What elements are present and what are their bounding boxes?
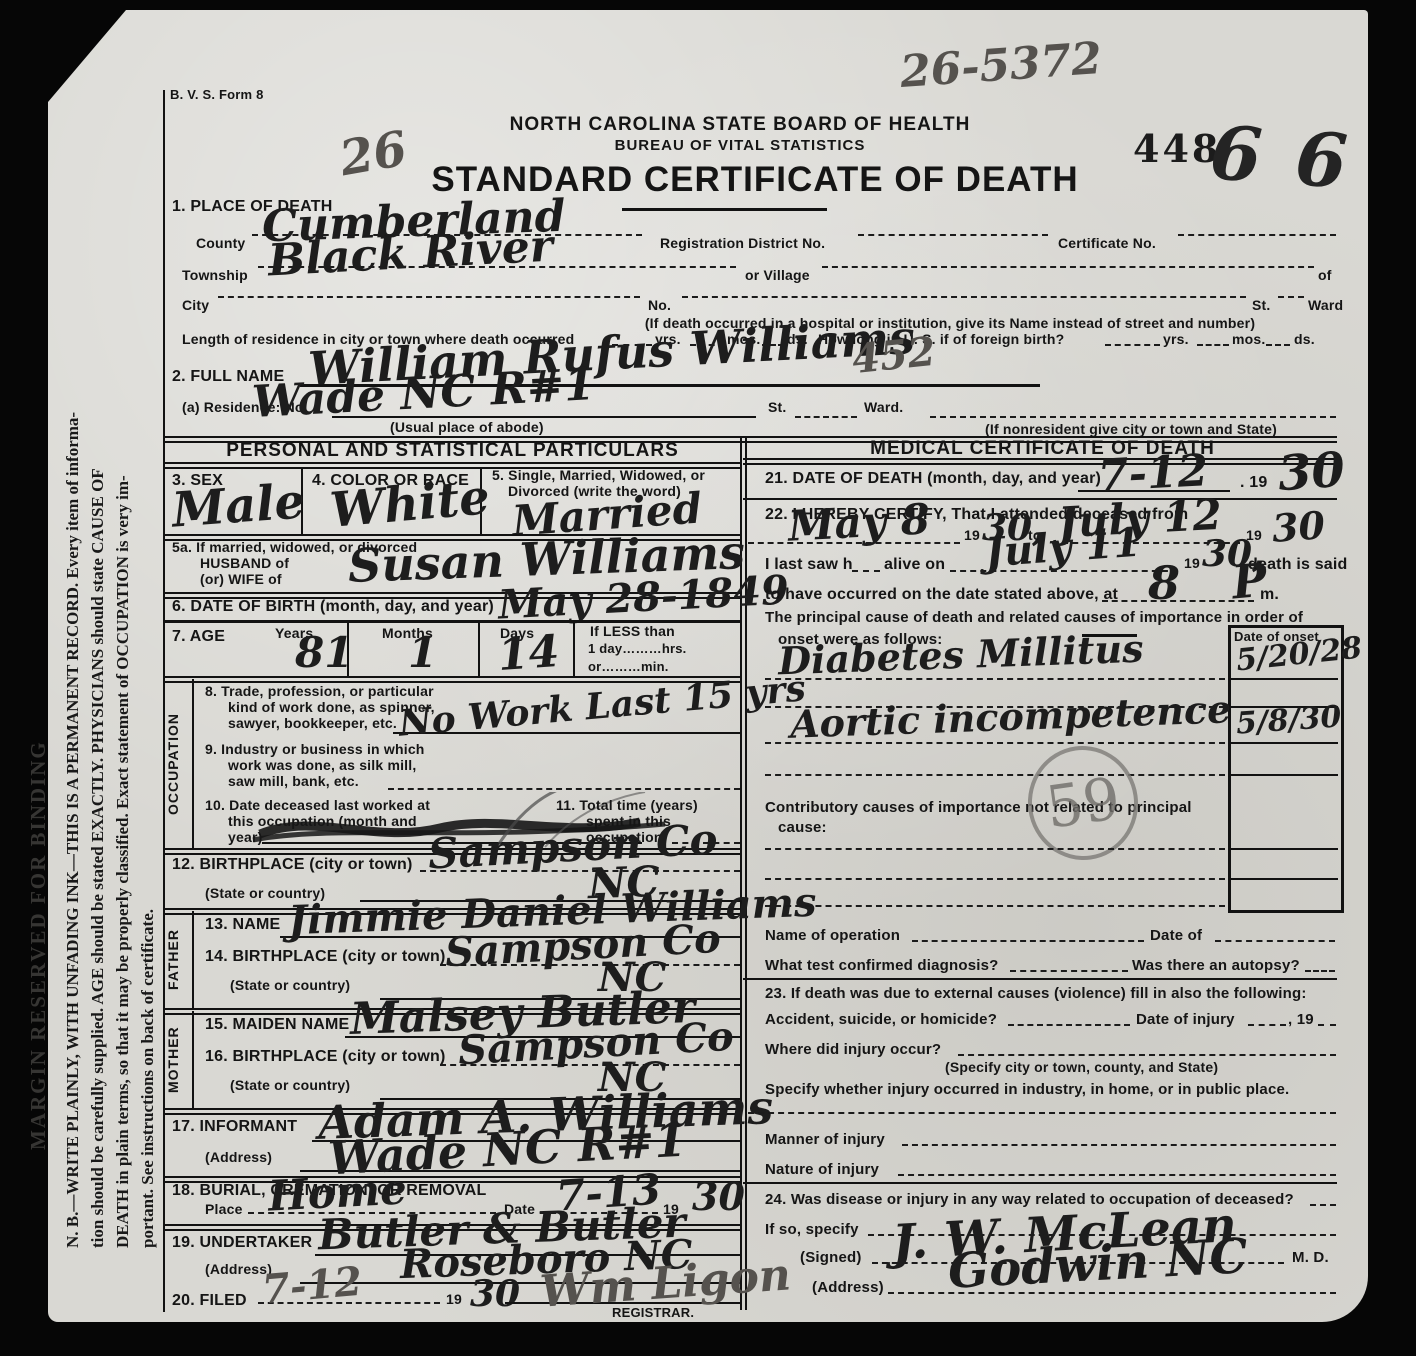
district-line [858, 234, 1048, 236]
certificate-no-line [1178, 234, 1336, 236]
residence-st-label: St. [768, 400, 787, 416]
city-ward-label: Ward [1308, 298, 1343, 314]
lastsaw-value: July 11 [984, 523, 1142, 574]
occupation-side-label: OCCUPATION [165, 680, 189, 848]
spouse-label-3: (or) WIFE of [200, 572, 282, 588]
registrar-label: REGISTRAR. [612, 1306, 694, 1321]
attended-from-value: May 8 [787, 498, 931, 547]
principal-label-1: The principal cause of death and related… [765, 610, 1303, 627]
years-value: 81 [295, 632, 353, 674]
signed-label: (Signed) [800, 1250, 862, 1267]
section-23-rule [743, 978, 1337, 980]
hour-value: 8 [1148, 560, 1180, 606]
cause-blank-line-1 [765, 774, 1225, 776]
city-label: City [182, 298, 209, 314]
certificate-number-pen: 66 [1208, 116, 1384, 202]
form-number: B. V. S. Form 8 [170, 88, 264, 103]
specify-industry-label: Specify whether injury occurred in indus… [765, 1082, 1289, 1099]
industry-line [388, 788, 740, 790]
margin-line-2: tion should be carefully supplied. AGE s… [85, 88, 110, 1248]
industry-label-1: 9. Industry or business in which [205, 742, 425, 758]
board-name: NORTH CAROLINA STATE BOARD OF HEALTH [455, 114, 1025, 135]
father-bracket-line [192, 911, 194, 1008]
foreign-yrs-label: yrs. [1163, 332, 1189, 348]
dod-label: 21. DATE OF DEATH (month, day, and year) [765, 470, 1101, 488]
margin-instructions: N. B.—WRITE PLAINLY, WITH UNFADING INK—T… [60, 88, 160, 1248]
onset-blank-line-1 [1231, 774, 1338, 776]
trade-label-1: 8. Trade, profession, or particular [205, 684, 434, 700]
accident-label: Accident, suicide, or homicide? [765, 1012, 997, 1029]
signed-address-label: (Address) [812, 1280, 884, 1297]
foreign-mos-label: mos. [1232, 332, 1265, 348]
injury-date-label: Date of injury [1136, 1012, 1235, 1029]
m-label: m. [1260, 586, 1279, 604]
dod-19-label: . 19 [1240, 474, 1268, 492]
less-label-3: or………min. [588, 660, 669, 675]
onset-blank-line-3 [1231, 878, 1338, 880]
mother-side-label: MOTHER [165, 1012, 189, 1108]
county-label: County [196, 236, 245, 252]
contrib-line-2 [765, 878, 1225, 880]
contributory-label-2: cause: [778, 820, 827, 837]
city-ward-line [1278, 296, 1304, 298]
marital-label-1: 5. Single, Married, Widowed, or [492, 468, 705, 484]
residence-ward-label: Ward. [864, 400, 903, 416]
injury-19-line [1318, 1024, 1336, 1026]
operation-line [912, 940, 1144, 942]
autopsy-label: Was there an autopsy? [1132, 958, 1300, 975]
burial-year-value: 30 [692, 1178, 745, 1216]
physician-address: Godwin NC [947, 1232, 1249, 1296]
batch-number-pencil: 26 [336, 125, 410, 184]
margin-binding-text: MARGIN RESERVED FOR BINDING [26, 90, 51, 1150]
filed-19-label: 19 [446, 1292, 462, 1308]
section-24-rule [743, 1182, 1337, 1184]
dod-year-value: 30 [1276, 446, 1346, 499]
accident-line [1008, 1024, 1130, 1026]
nature-line [898, 1174, 1336, 1176]
margin-line-3: DEATH in plain terms, so that it may be … [110, 88, 135, 1248]
city-no-label: No. [648, 298, 671, 314]
dob-label: 6. DATE OF BIRTH (month, day, and year) [172, 598, 494, 616]
days-value: 14 [497, 630, 561, 678]
manner-label: Manner of injury [765, 1132, 885, 1149]
manner-line [902, 1144, 1336, 1146]
city-st-label: St. [1252, 298, 1271, 314]
industry-label-3: saw mill, bank, etc. [228, 774, 359, 790]
injury-date-line [1248, 1024, 1286, 1026]
q24-line [1310, 1204, 1336, 1206]
onset-2-line [1231, 742, 1338, 744]
sex-value: Male [170, 477, 306, 534]
full-name-pencil-number: 452 [850, 332, 937, 381]
lastsaw-him-line [852, 570, 880, 572]
registration-district-label: Registration District No. [660, 236, 825, 252]
birthplace-label: 12. BIRTHPLACE (city or town) [172, 856, 412, 874]
test-label: What test confirmed diagnosis? [765, 958, 999, 975]
burial-place-label: Place [205, 1202, 243, 1218]
abode-note: (Usual place of abode) [390, 420, 544, 436]
residence-st-line [795, 416, 857, 418]
stamp-59-value: 59 [1042, 764, 1125, 842]
spouse-label-2: HUSBAND of [200, 556, 289, 572]
margin-line-4: portant. See instructions on back of cer… [135, 88, 160, 1248]
informant-address-label: (Address) [205, 1150, 272, 1166]
filed-label: 20. FILED [172, 1292, 247, 1310]
margin-line-1: N. B.—WRITE PLAINLY, WITH UNFADING INK—T… [60, 88, 85, 1248]
total-label-1: 11. Total time (years) [556, 798, 698, 814]
onset-2-value: 5/8/30 [1235, 702, 1342, 739]
undertaker-label: 19. UNDERTAKER [172, 1234, 312, 1252]
lastsaw-label-1: I last saw h [765, 556, 853, 574]
specify-blank-line [748, 1112, 1336, 1114]
residence-ward-line [930, 416, 1336, 418]
foreign-yrs-line [1105, 344, 1160, 346]
maiden-name-label: 15. MAIDEN NAME [205, 1016, 349, 1034]
mother-bp-label: 16. BIRTHPLACE (city or town) [205, 1048, 445, 1066]
father-state-label: (State or country) [230, 978, 350, 994]
father-name-label: 13. NAME [205, 916, 280, 934]
months-value: 1 [408, 632, 437, 674]
occurred-label: to have occurred on the date stated abov… [765, 586, 1118, 604]
occupation-bracket-line [192, 679, 194, 848]
from-19-label: 19 [964, 528, 980, 544]
city-line [218, 296, 640, 298]
onset-1-line [1231, 678, 1338, 680]
autopsy-line [1305, 970, 1335, 972]
foreign-ds-line [1266, 344, 1290, 346]
village-line [822, 266, 1314, 268]
title-underline [622, 208, 827, 211]
lastsaw-19-label: 19 [1184, 556, 1200, 572]
q23-label: 23. If death was due to external causes … [765, 986, 1307, 1003]
township-label: Township [182, 268, 248, 284]
city-street-line [682, 296, 1246, 298]
mother-bracket-line [192, 1011, 194, 1108]
mother-state-label: (State or country) [230, 1078, 350, 1094]
bureau-name: BUREAU OF VITAL STATISTICS [455, 138, 1025, 155]
onset-blank-line-2 [1231, 848, 1338, 850]
certificate-no-label: Certificate No. [1058, 236, 1156, 252]
lastsaw-label-2: alive on [884, 556, 945, 574]
age-col-divider-3 [573, 622, 575, 676]
contrib-line-3 [765, 905, 1225, 907]
filed-year-value: 30 [470, 1276, 520, 1312]
personal-section-header: PERSONAL AND STATISTICAL PARTICULARS [170, 440, 735, 461]
ifso-label: If so, specify [765, 1222, 859, 1239]
trade-label-3: sawyer, bookkeeper, etc. [228, 716, 397, 732]
death-certificate-scan: MARGIN RESERVED FOR BINDING N. B.—WRITE … [0, 0, 1416, 1356]
less-label-1: If LESS than [590, 624, 675, 640]
father-bp-label: 14. BIRTHPLACE (city or town) [205, 948, 445, 966]
specify-city-note: (Specify city or town, county, and State… [945, 1060, 1218, 1076]
medical-header-rule [743, 458, 1337, 465]
father-side-label: FATHER [165, 912, 189, 1008]
cause-1-line [765, 678, 1225, 680]
test-line [1010, 970, 1128, 972]
age-col-divider-2 [478, 622, 480, 676]
contrib-line-1 [765, 848, 1225, 850]
age-label: 7. AGE [172, 628, 225, 646]
where-label: Where did injury occur? [765, 1042, 941, 1059]
foreign-ds-label: ds. [1294, 332, 1315, 348]
medical-section-header: MEDICAL CERTIFICATE OF DEATH [748, 438, 1337, 459]
filed-date-value: 7-12 [260, 1262, 363, 1311]
foreign-mos-line [1197, 344, 1229, 346]
operation-date-line [1215, 940, 1335, 942]
nature-label: Nature of injury [765, 1162, 879, 1179]
to-year-value: 30 [1271, 506, 1326, 548]
injury-19-label: , 19 [1288, 1012, 1314, 1029]
operation-label: Name of operation [765, 928, 900, 945]
informant-label: 17. INFORMANT [172, 1118, 297, 1136]
village-label: or Village [745, 268, 810, 284]
cause-2-line [765, 742, 1225, 744]
industry-label-2: work was done, as silk mill, [228, 758, 416, 774]
operation-date-label: Date of [1150, 928, 1202, 945]
village-of-label: of [1318, 268, 1332, 284]
less-label-2: 1 day………hrs. [588, 642, 687, 657]
md-label: M. D. [1292, 1250, 1329, 1267]
where-line [958, 1054, 1336, 1056]
race-value: White [328, 473, 491, 535]
stamp-number: 448 [1133, 126, 1221, 171]
